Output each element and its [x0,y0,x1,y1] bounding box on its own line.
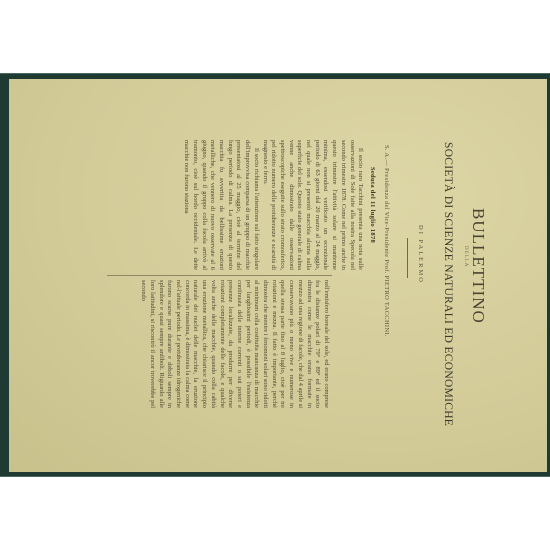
rotated-page-content: BULLETTINO DELLA SOCIETÀ DI SCIENZE NATU… [100,120,480,420]
city-label: DI PALERMO [417,225,424,284]
bulletin-title: BULLETTINO [468,208,488,324]
presidency-line: S. A.— Presidenza del Vice-Presidente Pr… [383,145,390,337]
society-name: SOCIETÀ DI SCIENZE NATURALI ED ECONOMICH… [442,142,454,426]
title-divider [407,238,408,278]
paragraph: nell'emisfero boreale del sole, ed erano… [139,280,330,408]
text-column-right: nell'emisfero boreale del sole, ed erano… [100,280,330,408]
mat-grid-line [0,476,550,477]
paragraph: Il socio raro Tacchini presenta una nota… [260,140,364,270]
della-label: DELLA [463,246,468,267]
session-heading: Seduta del 11 luglio 1878 [367,140,376,270]
mat-grid-line [0,73,550,74]
paragraph: Il socio richiama l'attenzione sul fatto… [182,140,260,270]
column-divider [107,275,332,276]
text-column-left: Seduta del 11 luglio 1878 Il socio raro … [126,140,376,270]
